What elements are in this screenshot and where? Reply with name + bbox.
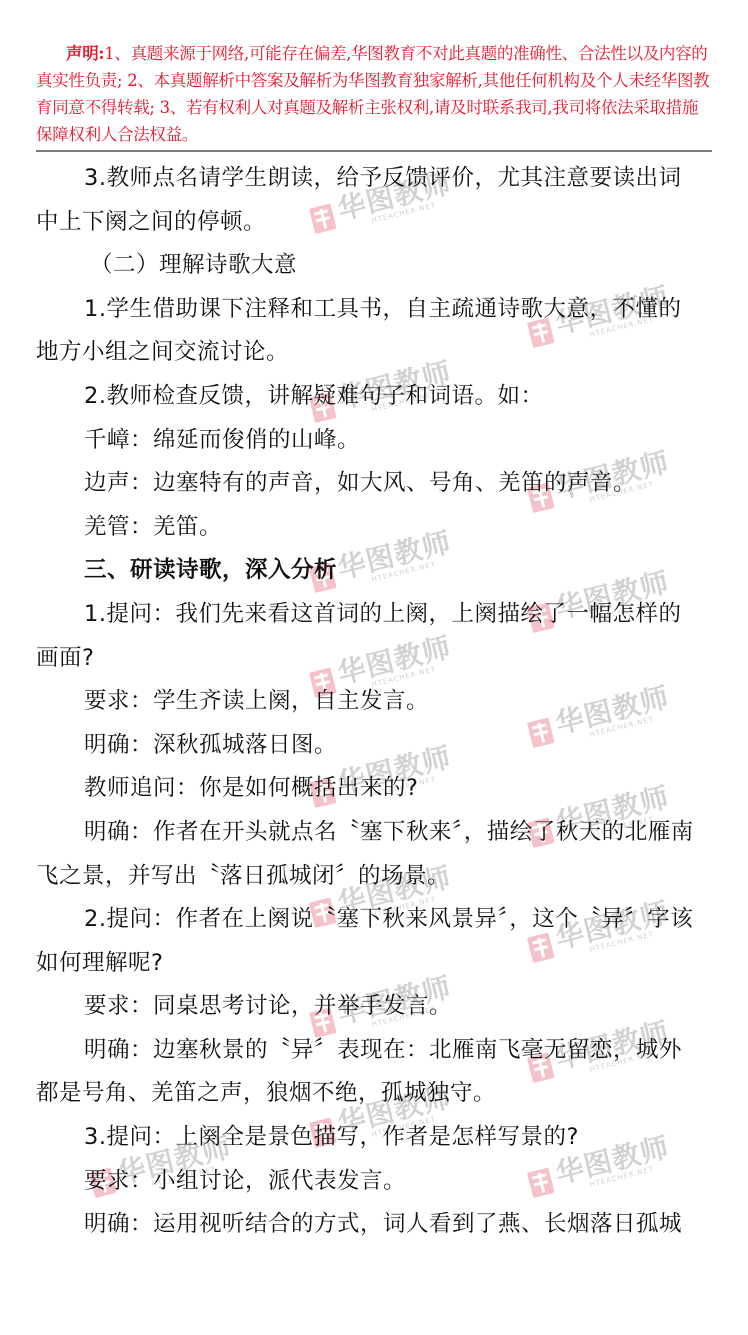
paragraph-line: 中上下阕之间的停顿。: [36, 201, 716, 245]
glossary-item: 边声：边塞特有的声音，如大风、号角、羌笛的声音。: [36, 462, 716, 506]
paragraph-line: 都是号角、羌笛之声，狼烟不绝，孤城独守。: [36, 1072, 716, 1116]
paragraph-line: 飞之景，并写出〝落日孤城闭〞的场景。: [36, 855, 716, 899]
paragraph-line: 3.提问：上阕全是景色描写，作者是怎样写景的?: [36, 1116, 716, 1160]
glossary-item: 千嶂：绵延而俊俏的山峰。: [36, 419, 716, 463]
paragraph-line: 明确：边塞秋景的〝异〞表现在：北雁南飞毫无留恋，城外: [36, 1029, 716, 1073]
paragraph-line: 要求：小组讨论，派代表发言。: [36, 1160, 716, 1204]
paragraph-line: 1.提问：我们先来看这首词的上阕，上阕描绘了一幅怎样的: [36, 593, 716, 637]
section-heading: 三、研读诗歌，深入分析: [36, 549, 716, 593]
disclaimer-text: 1、真题来源于网络,可能存在偏差,华图教育不对此真题的准确性、合法性以及内容的真…: [36, 44, 709, 144]
paragraph-line: 教师追问：你是如何概括出来的?: [36, 767, 716, 811]
paragraph-line: 3.教师点名请学生朗读，给予反馈评价，尤其注意要读出词: [36, 157, 716, 201]
paragraph-line: 要求：同桌思考讨论，并举手发言。: [36, 985, 716, 1029]
paragraph-line: 明确：作者在开头就点名〝塞下秋来〞，描绘了秋天的北雁南: [36, 811, 716, 855]
document-body: 3.教师点名请学生朗读，给予反馈评价，尤其注意要读出词 中上下阕之间的停顿。 （…: [36, 157, 716, 1247]
paragraph-line: 画面?: [36, 637, 716, 681]
paragraph-line: 要求：学生齐读上阕，自主发言。: [36, 680, 716, 724]
paragraph-line: 地方小组之间交流讨论。: [36, 331, 716, 375]
paragraph-line: 2.提问：作者在上阕说〝塞下秋来风景异〞，这个〝异〞字该: [36, 898, 716, 942]
paragraph-line: 明确：运用视听结合的方式，词人看到了燕、长烟落日孤城: [36, 1203, 716, 1247]
paragraph-line: 如何理解呢?: [36, 942, 716, 986]
header-divider: [36, 150, 712, 152]
paragraph-line: 1.学生借助课下注释和工具书，自主疏通诗歌大意，不懂的: [36, 288, 716, 332]
paragraph-line: 2.教师检查反馈，讲解疑难句子和词语。如：: [36, 375, 716, 419]
disclaimer-lead: 声明:: [66, 44, 104, 63]
glossary-item: 羌管：羌笛。: [36, 506, 716, 550]
section-heading: （二）理解诗歌大意: [36, 244, 716, 288]
paragraph-line: 明确：深秋孤城落日图。: [36, 724, 716, 768]
disclaimer: 声明:1、真题来源于网络,可能存在偏差,华图教育不对此真题的准确性、合法性以及内…: [36, 40, 712, 148]
